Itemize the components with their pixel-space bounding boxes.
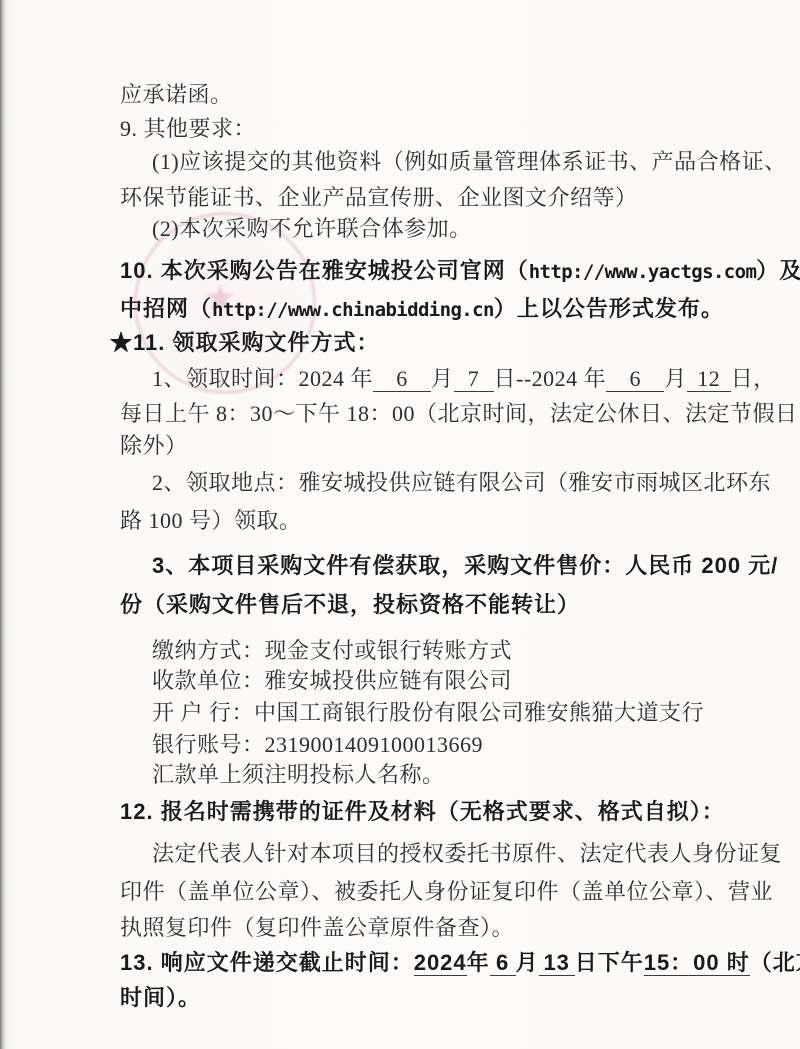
star-icon: ★	[110, 330, 133, 355]
payee-line: 收款单位：雅安城投供应链有限公司	[152, 668, 512, 694]
time-text-5: 日，	[731, 366, 776, 391]
item11-time-line1: 1、领取时间：2024 年6月7日--2024 年6月12日，	[152, 366, 776, 392]
scan-edge-shadow	[0, 0, 7, 1049]
item9-sub1-line2: 环保节能证书、企业产品宣传册、企业图文介绍等）	[120, 185, 638, 211]
time-text-3: 日--2024 年	[494, 366, 607, 391]
date-fill-month2: 6	[606, 367, 664, 392]
item11-price-line2: 份（采购文件售后不退，投标资格不能转让）	[120, 592, 580, 618]
time-text-1: 1、领取时间：2024 年	[152, 366, 373, 391]
time-text-4: 月	[664, 366, 687, 391]
item12-para-line2: 印件（盖单位公章）、被委托人身份证复印件（盖单位公章）、营业	[120, 879, 773, 905]
item11-time-line2: 每日上午 8：30～下午 18：00（北京时间，法定公休日、法定节假日	[120, 401, 798, 427]
date-fill-month1: 6	[373, 367, 431, 392]
item11-price-line1: 3、本项目采购文件有偿获取，采购文件售价：人民币 200 元/	[152, 553, 778, 579]
item10-line2-tail: ）上以公告形式发布。	[494, 296, 724, 321]
item12-heading: 12. 报名时需携带的证件及材料（无格式要求、格式自拟）：	[120, 799, 725, 825]
deadline-day: 13	[539, 951, 575, 976]
chinabidding-url: http://www.chinabidding.cn	[212, 299, 494, 321]
deadline-text-4: 日下午	[575, 950, 644, 975]
scanned-page: ★ · 应承诺函。 9. 其他要求： (1)应该提交的其他资料（例如质量管理体系…	[0, 0, 800, 1049]
date-fill-day1: 7	[454, 367, 494, 392]
deadline-month: 6	[490, 951, 516, 976]
item11-time-line3: 除外）	[120, 433, 188, 459]
deadline-text-2: 年	[467, 950, 490, 975]
deadline-year: 2024	[414, 951, 467, 976]
item9-sub1-line1: (1)应该提交的其他资料（例如质量管理体系证书、产品合格证、	[152, 149, 787, 175]
account-number-line: 银行账号：2319001409100013669	[152, 732, 483, 758]
remittance-note-line: 汇款单上须注明投标人名称。	[152, 762, 445, 788]
payment-method-line: 缴纳方式：现金支付或银行转账方式	[152, 638, 512, 664]
date-fill-day2: 12	[687, 367, 731, 392]
time-text-2: 月	[431, 366, 454, 391]
item11-heading-text: 11. 领取采购文件方式：	[133, 330, 379, 355]
item12-para-line1: 法定代表人针对本项目的授权委托书原件、法定代表人身份证复	[152, 841, 782, 867]
item10-line1-tail: ）及	[756, 258, 800, 283]
yactgs-url: http://www.yactgs.com	[529, 261, 757, 283]
deadline-text-5: （北京	[750, 950, 800, 975]
item13-line1: 13. 响应文件递交截止时间：2024年6月13日下午15：00 时（北京	[120, 950, 800, 976]
item9-sub2: (2)本次采购不允许联合体参加。	[152, 216, 472, 242]
item10-line1: 10. 本次采购公告在雅安城投公司官网（http://www.yactgs.co…	[120, 258, 800, 285]
deadline-text-1: 13. 响应文件递交截止时间：	[120, 950, 414, 975]
item10-line2: 中招网（http://www.chinabidding.cn）上以公告形式发布。	[120, 296, 724, 323]
item13-line2: 时间）。	[120, 985, 201, 1011]
item10-line1-text: 10. 本次采购公告在雅安城投公司官网（	[120, 258, 529, 283]
item11-heading: ★11. 领取采购文件方式：	[110, 330, 380, 356]
deadline-time: 15：00 时	[644, 951, 750, 976]
continuation-line: 应承诺函。	[120, 82, 233, 108]
bank-line: 开 户 行：中国工商银行股份有限公司雅安熊猫大道支行	[152, 700, 704, 726]
item12-para-line3: 执照复印件（复印件盖公章原件备查）。	[120, 915, 514, 941]
item10-line2-text: 中招网（	[120, 296, 212, 321]
item11-place-line2: 路 100 号）领取。	[120, 508, 302, 534]
item9-heading: 9. 其他要求：	[120, 116, 256, 142]
item11-place-line1: 2、领取地点：雅安城投供应链有限公司（雅安市雨城区北环东	[152, 470, 771, 496]
deadline-text-3: 月	[516, 950, 539, 975]
